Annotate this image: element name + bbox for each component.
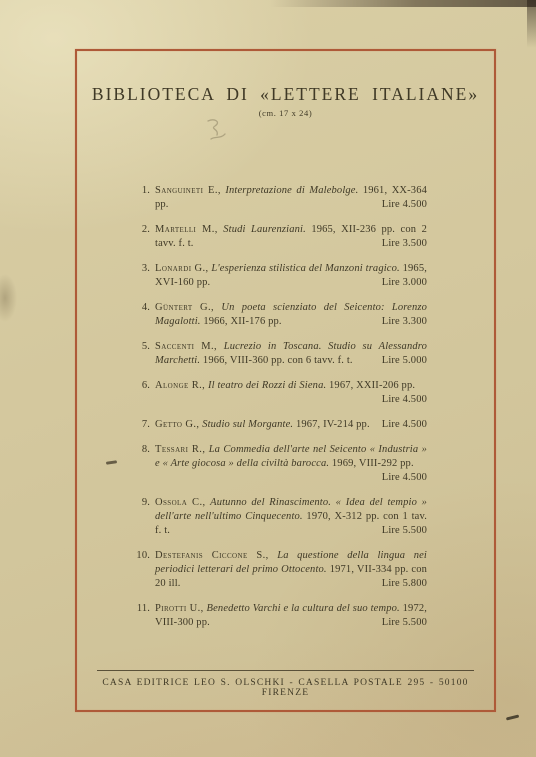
item-author: Alonge R., [155, 380, 205, 391]
scan-shadow-corner [527, 0, 536, 48]
item-title: Il teatro dei Rozzi di Siena. [208, 380, 326, 391]
item-author: Ossola C., [155, 497, 206, 508]
item-title: Benedetto Varchi e la cultura del suo te… [207, 603, 400, 614]
item-price: Lire 4.500 [382, 393, 427, 407]
list-item: 2. Martelli M., Studi Laurenziani. 1965,… [130, 223, 430, 251]
series-title: BIBLIOTECA DI «LETTERE ITALIANE» [77, 51, 494, 105]
item-number: 6. [130, 379, 150, 407]
book-list: 1. Sanguineti E., Interpretazione di Mal… [130, 184, 430, 630]
footer-divider [97, 670, 474, 671]
item-price: Lire 4.500 [382, 471, 427, 485]
list-item: 7. Getto G., Studio sul Morgante. 1967, … [130, 418, 430, 432]
item-author: Güntert G., [155, 302, 214, 313]
edge-smudge-stain [0, 274, 17, 322]
item-author: Saccenti M., [155, 341, 217, 352]
list-item: 10. Destefanis Ciccone S., La questione … [130, 549, 430, 591]
list-item: 1. Sanguineti E., Interpretazione di Mal… [130, 184, 430, 212]
item-entry: Sanguineti E., Interpretazione di Malebo… [155, 184, 427, 212]
item-number: 1. [130, 184, 150, 212]
item-number: 3. [130, 262, 150, 290]
item-number: 2. [130, 223, 150, 251]
item-title: Studio sul Morgante. [202, 419, 293, 430]
item-title: Interpretazione di Malebolge. [225, 185, 358, 196]
item-number: 8. [130, 443, 150, 485]
item-entry: Martelli M., Studi Laurenziani. 1965, XI… [155, 223, 427, 251]
scan-shadow-top [270, 0, 536, 7]
item-price: Lire 5.000 [382, 354, 427, 368]
series-format: (cm. 17 x 24) [77, 108, 494, 118]
item-number: 5. [130, 340, 150, 368]
list-item: 6. Alonge R., Il teatro dei Rozzi di Sie… [130, 379, 430, 407]
item-price: Lire 4.500 [382, 418, 427, 432]
item-price: Lire 3.300 [382, 315, 427, 329]
item-details: 1969, VIII-292 pp. [332, 458, 414, 469]
list-item: 5. Saccenti M., Lucrezio in Toscana. Stu… [130, 340, 430, 368]
item-entry: Tessari R., La Commedia dell'arte nel Se… [155, 443, 427, 485]
item-author: Tessari R., [155, 444, 205, 455]
item-entry: Saccenti M., Lucrezio in Toscana. Studio… [155, 340, 427, 368]
footer-block: CASA EDITRICE LEO S. OLSCHKI - CASELLA P… [97, 670, 474, 698]
publisher-line: CASA EDITRICE LEO S. OLSCHKI - CASELLA P… [97, 678, 474, 698]
item-title: L'esperienza stilistica del Manzoni trag… [211, 263, 399, 274]
list-item: 8. Tessari R., La Commedia dell'arte nel… [130, 443, 430, 485]
item-author: Destefanis Ciccone S., [155, 550, 269, 561]
item-entry: Destefanis Ciccone S., La questione dell… [155, 549, 427, 591]
list-item: 9. Ossola C., Autunno del Rinascimento. … [130, 496, 430, 538]
item-price: Lire 3.000 [382, 276, 427, 290]
item-entry: Lonardi G., L'esperienza stilistica del … [155, 262, 427, 290]
item-entry: Alonge R., Il teatro dei Rozzi di Siena.… [155, 379, 427, 407]
item-entry: Getto G., Studio sul Morgante. 1967, IV-… [155, 418, 427, 432]
item-number: 4. [130, 301, 150, 329]
list-item: 4. Güntert G., Un poeta scienziato del S… [130, 301, 430, 329]
item-details: 1967, XXII-206 pp. [329, 380, 415, 391]
item-author: Martelli M., [155, 224, 218, 235]
item-entry: Güntert G., Un poeta scienziato del Seic… [155, 301, 427, 329]
item-title: Studi Laurenziani. [223, 224, 306, 235]
item-number: 9. [130, 496, 150, 538]
item-price: Lire 3.500 [382, 237, 427, 251]
list-item: 11. Pirotti U., Benedetto Varchi e la cu… [130, 602, 430, 630]
item-author: Sanguineti E., [155, 185, 221, 196]
pencil-scribble-stain [204, 116, 230, 144]
list-item: 3. Lonardi G., L'esperienza stilistica d… [130, 262, 430, 290]
item-details: 1966, VIII-360 pp. con 6 tavv. f. t. [203, 355, 353, 366]
decorative-frame: BIBLIOTECA DI «LETTERE ITALIANE» (cm. 17… [75, 49, 496, 712]
item-details: 1966, XII-176 pp. [203, 316, 281, 327]
item-details: 1967, IV-214 pp. [296, 419, 370, 430]
item-number: 10. [130, 549, 150, 591]
item-entry: Pirotti U., Benedetto Varchi e la cultur… [155, 602, 427, 630]
item-price: Lire 4.500 [382, 198, 427, 212]
item-entry: Ossola C., Autunno del Rinascimento. « I… [155, 496, 427, 538]
item-author: Pirotti U., [155, 603, 204, 614]
item-number: 7. [130, 418, 150, 432]
item-number: 11. [130, 602, 150, 630]
item-price: Lire 5.500 [382, 616, 427, 630]
item-author: Lonardi G., [155, 263, 209, 274]
item-price: Lire 5.800 [382, 577, 427, 591]
book-back-cover: BIBLIOTECA DI «LETTERE ITALIANE» (cm. 17… [0, 0, 536, 757]
corner-dash-stain [506, 714, 519, 720]
item-author: Getto G., [155, 419, 199, 430]
item-price: Lire 5.500 [382, 524, 427, 538]
